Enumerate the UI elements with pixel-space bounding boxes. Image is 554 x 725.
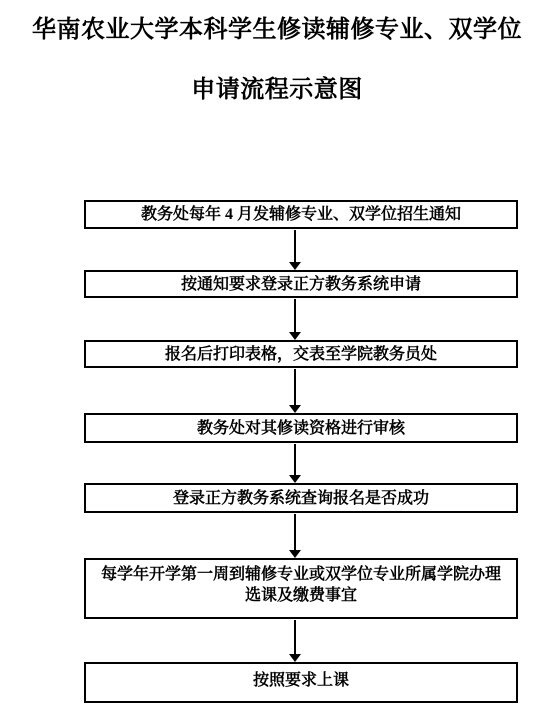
arrow-head-icon — [289, 262, 301, 270]
down-arrow — [289, 444, 301, 483]
flow-step-label: 报名后打印表格，交表至学院教务员处 — [165, 344, 437, 365]
page-title-line2: 申请流程示意图 — [0, 76, 554, 104]
flow-step-label: 按通知要求登录正方教务系统申请 — [181, 274, 421, 295]
arrow-head-icon — [289, 654, 301, 662]
flow-step-label: 教务处对其修读资格进行审核 — [197, 418, 405, 439]
flowchart-page: 华南农业大学本科学生修读辅修专业、双学位 申请流程示意图 教务处每年 4 月发辅… — [0, 0, 554, 725]
arrow-line — [294, 369, 296, 405]
down-arrow — [289, 514, 301, 558]
down-arrow — [289, 230, 301, 270]
arrow-head-icon — [289, 475, 301, 483]
flow-step-print-form: 报名后打印表格，交表至学院教务员处 — [84, 340, 518, 368]
flow-step-attend-class: 按照要求上课 — [84, 662, 518, 703]
flow-step-review: 教务处对其修读资格进行审核 — [84, 413, 518, 443]
flow-step-course-payment: 每学年开学第一周到辅修专业或双学位专业所属学院办理选课及缴费事宜 — [84, 558, 518, 619]
down-arrow — [289, 620, 301, 662]
flow-step-label: 每学年开学第一周到辅修专业或双学位专业所属学院办理选课及缴费事宜 — [98, 564, 504, 606]
down-arrow — [289, 369, 301, 413]
arrow-line — [294, 299, 296, 332]
flow-step-check-result: 登录正方教务系统查询报名是否成功 — [84, 483, 518, 513]
arrow-head-icon — [289, 550, 301, 558]
arrow-head-icon — [289, 405, 301, 413]
arrow-line — [294, 444, 296, 475]
flow-step-login-apply: 按通知要求登录正方教务系统申请 — [84, 270, 518, 298]
flow-step-label: 教务处每年 4 月发辅修专业、双学位招生通知 — [141, 204, 461, 225]
down-arrow — [289, 299, 301, 340]
arrow-line — [294, 514, 296, 550]
flow-step-label: 按照要求上课 — [253, 670, 349, 691]
page-title-line1: 华南农业大学本科学生修读辅修专业、双学位 — [0, 16, 554, 44]
arrow-line — [294, 230, 296, 262]
arrow-head-icon — [289, 332, 301, 340]
flow-step-label: 登录正方教务系统查询报名是否成功 — [173, 488, 429, 509]
arrow-line — [294, 620, 296, 654]
flow-step-notice: 教务处每年 4 月发辅修专业、双学位招生通知 — [84, 200, 518, 229]
